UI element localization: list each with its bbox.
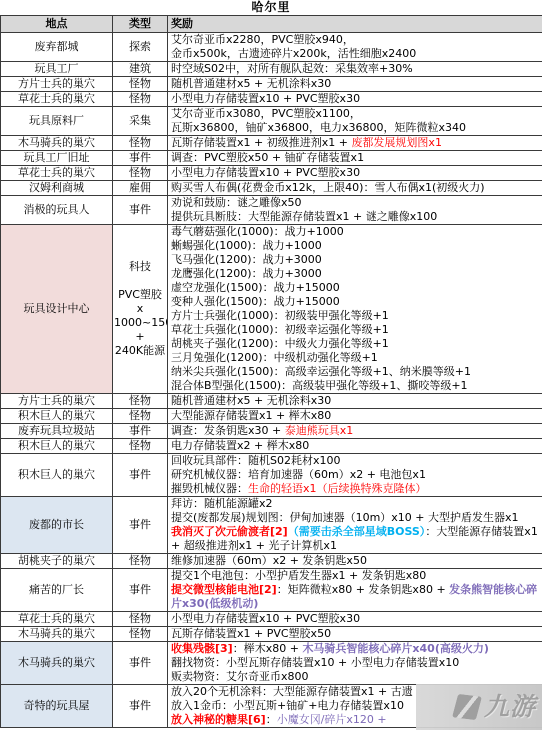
type-cell: 建筑 — [113, 62, 168, 77]
reward-line: 摧毁机械仪器：生命的轻语x1（后续换特殊克隆体） — [171, 482, 539, 496]
reward-cell: 艾尔奇亚币x3080，PVC塑胶x1100，瓦斯x36800，铀矿x36800，… — [168, 107, 542, 136]
reward-line: 瓦斯x36800，铀矿x36800，电力x36800，矩阵微粒x340 — [171, 121, 539, 135]
reward-text: 放入20个无机涂料：大型能源存储装置x1 + 古遗 — [171, 685, 413, 698]
reward-text: 随机普通建材x5 + 无机涂料x30 — [171, 77, 331, 90]
reward-text: 小型电力存储装置x10 + PVC塑胶x30 — [171, 166, 360, 179]
type-cell: 事件 — [113, 642, 168, 685]
reward-text: 收集残骸[3] — [171, 642, 233, 655]
reward-cell: 提交1个电池包：小型护盾发生器x1 + 发条钥匙x80提交微型核能电池[2]：矩… — [168, 569, 542, 612]
reward-line: 随机普通建材x5 + 无机涂料x30 — [171, 394, 539, 408]
table-row: 方片士兵的巢穴怪物随机普通建材x5 + 无机涂料x30 — [1, 77, 542, 92]
reward-cell: 调查：PVC塑胶x50 + 铀矿存储装置x1 — [168, 151, 542, 166]
reward-cell: 小型电力存储装置x10 + PVC塑胶x30 — [168, 612, 542, 627]
table-row: 玩具原料厂采集艾尔奇亚币x3080，PVC塑胶x1100，瓦斯x36800，铀矿… — [1, 107, 542, 136]
reward-text: 提交(废都发展)规划图：伊甸加速器（10m）x10 + 大型护盾发生器x1 — [171, 511, 519, 524]
type-cell: 事件 — [113, 424, 168, 439]
header-row: 地点 类型 奖励 — [1, 16, 542, 33]
reward-line: 我消灭了次元偷渡者[2]（需要击杀全部星域BOSS）：大型能源存储装置x1 + … — [171, 525, 539, 553]
reward-cell: 大型能源存储装置x1 + 榉木x80 — [168, 409, 542, 424]
reward-line: 混合体B型强化(1500)：高级装甲强化等级+1、撕咬等级+1 — [171, 379, 539, 393]
reward-text: 泰迪熊玩具x1 — [285, 424, 354, 437]
reward-text: 放入1金币：小型瓦斯+铀矿+电力存储装置x10 — [171, 699, 404, 712]
location-cell: 木马骑兵的巢穴 — [1, 627, 113, 642]
type-cell: 科技 PVC塑胶x1000~1500+240K能源 — [113, 225, 168, 394]
reward-line: 随机普通建材x5 + 无机涂料x30 — [171, 77, 539, 91]
reward-text: 调查：PVC塑胶x50 + 铀矿存储装置x1 — [171, 151, 364, 164]
reward-line: 纳米尖兵强化(1500)：高级幸运强化等级+1、纳米膜等级+1 — [171, 365, 539, 379]
reward-text: 艾尔奇亚币x3080，PVC塑胶x1100， — [171, 107, 361, 120]
reward-cell: 劝说和鼓励：谜之雕像x50提供玩具断肢：大型能源存储装置x1 + 谜之雕像x10… — [168, 196, 542, 225]
reward-text: 研究机械仪器：培育加速器（60m）x2 + 电池包x1 — [171, 468, 426, 481]
location-cell: 汉姆利商城 — [1, 181, 113, 196]
reward-text: 变种人强化(1500)：战力+15000 — [171, 295, 340, 308]
reward-line: 草花士兵强化(1000)：初级幸运强化等级+1 — [171, 323, 539, 337]
reward-line: 购买雪人布偶(花费金币x12k，上限40)：雪人布偶x1(初级火力) — [171, 181, 539, 195]
reward-line: 小型电力存储装置x10 + PVC塑胶x30 — [171, 92, 539, 106]
reward-text: 蜥蜴强化(1000)：战力+1000 — [171, 239, 322, 252]
type-cell: 怪物 — [113, 77, 168, 92]
location-cell: 痛苦的厂长 — [1, 569, 113, 612]
reward-cell: 电力存储装置x2 + 榉木x80 — [168, 439, 542, 454]
location-cell: 废弃都城 — [1, 33, 113, 62]
table-row: 草花士兵的巢穴怪物小型电力存储装置x10 + PVC塑胶x30 — [1, 612, 542, 627]
table-row: 废都的市长事件拜访：随机能源罐x2提交(废都发展)规划图：伊甸加速器（10m）x… — [1, 497, 542, 554]
table-row: 痛苦的厂长事件提交1个电池包：小型护盾发生器x1 + 发条钥匙x80提交微型核能… — [1, 569, 542, 612]
reward-cell: 拜访：随机能源罐x2提交(废都发展)规划图：伊甸加速器（10m）x10 + 大型… — [168, 497, 542, 554]
reward-cell: 小型电力存储装置x10 + PVC塑胶x30 — [168, 166, 542, 181]
type-cell: 探索 — [113, 33, 168, 62]
location-cell: 积木巨人的巢穴 — [1, 454, 113, 497]
reward-text: 草花士兵强化(1000)：初级幸运强化等级+1 — [171, 323, 389, 336]
type-cell: 怪物 — [113, 409, 168, 424]
reward-text: 混合体B型强化(1500)：高级装甲强化等级+1、撕咬等级+1 — [171, 379, 468, 392]
reward-line: 拜访：随机能源罐x2 — [171, 497, 539, 511]
reward-text: 小魔女冈/碎片x120 + — [277, 713, 387, 726]
reward-line: 小型电力存储装置x10 + PVC塑胶x30 — [171, 166, 539, 180]
reward-text: 艾尔奇亚币x2280，PVC塑胶x940， — [171, 33, 354, 46]
location-cell: 木马骑兵的巢穴 — [1, 642, 113, 685]
reward-text: 拜访：随机能源罐x2 — [171, 497, 273, 510]
type-cell: 怪物 — [113, 627, 168, 642]
location-cell: 草花士兵的巢穴 — [1, 166, 113, 181]
reward-text: 小型电力存储装置x10 + PVC塑胶x30 — [171, 612, 360, 625]
reward-text: 我消灭了次元偷渡者[2] — [171, 525, 288, 538]
type-cell: 怪物 — [113, 92, 168, 107]
table-row: 积木巨人的巢穴怪物大型能源存储装置x1 + 榉木x80 — [1, 409, 542, 424]
reward-text: 购买雪人布偶(花费金币x12k，上限40)：雪人布偶x1(初级火力) — [171, 181, 485, 194]
table-row: 木马骑兵的巢穴事件收集残骸[3]：榉木x80 + 木马骑兵智能核心碎片x40(高… — [1, 642, 542, 685]
reward-line: 收集残骸[3]：榉木x80 + 木马骑兵智能核心碎片x40(高级火力) — [171, 642, 539, 656]
reward-text: 随机普通建材x5 + 无机涂料x30 — [171, 394, 331, 407]
location-cell: 胡桃夹子的巢穴 — [1, 554, 113, 569]
guide-table: 地点 类型 奖励 废弃都城探索艾尔奇亚币x2280，PVC塑胶x940，金币x5… — [0, 15, 542, 728]
table-row: 草花士兵的巢穴怪物小型电力存储装置x10 + PVC塑胶x30 — [1, 92, 542, 107]
reward-text: ：榉木x80 + — [233, 642, 303, 655]
reward-line: 飞马强化(1200)：战力+3000 — [171, 253, 539, 267]
location-cell: 废都的市长 — [1, 497, 113, 554]
reward-line: 电力存储装置x2 + 榉木x80 — [171, 439, 539, 453]
reward-line: 金币x500k，古遗迹碎片x200k，活性细胞x2400 — [171, 47, 539, 61]
location-cell: 积木巨人的巢穴 — [1, 409, 113, 424]
reward-line: 瓦斯存储装置x1 + 初级推进剂x1 + 废都发展规划图x1 — [171, 136, 539, 150]
reward-text: 贩卖物资：艾尔奇亚币x800 — [171, 670, 309, 683]
reward-text: 虚空龙强化(1500)：战力+15000 — [171, 281, 340, 294]
reward-text: 瓦斯存储装置x1 + 初级推进剂x1 + — [171, 136, 351, 149]
location-cell: 玩具设计中心 — [1, 225, 113, 394]
reward-line: 大型能源存储装置x1 + 榉木x80 — [171, 409, 539, 423]
type-cell: 怪物 — [113, 394, 168, 409]
reward-cell: 毒气蘑菇强化(1000)：战力+1000蜥蜴强化(1000)：战力+1000飞马… — [168, 225, 542, 394]
table-row: 胡桃夹子的巢穴怪物维修加速器（60m）x2 + 发条钥匙x50 — [1, 554, 542, 569]
reward-text: 废都发展规划图x1 — [351, 136, 442, 149]
reward-line: 维修加速器（60m）x2 + 发条钥匙x50 — [171, 554, 539, 568]
reward-text: 提交1个电池包：小型护盾发生器x1 + 发条钥匙x80 — [171, 569, 426, 582]
location-cell: 方片士兵的巢穴 — [1, 77, 113, 92]
reward-text: 瓦斯x36800，铀矿x36800，电力x36800，矩阵微粒x340 — [171, 121, 466, 134]
reward-text: 方片士兵强化(1000)：初级装甲强化等级+1 — [171, 309, 389, 322]
table-row: 废弃都城探索艾尔奇亚币x2280，PVC塑胶x940，金币x500k，古遗迹碎片… — [1, 33, 542, 62]
type-cell: 采集 — [113, 107, 168, 136]
reward-cell: 维修加速器（60m）x2 + 发条钥匙x50 — [168, 554, 542, 569]
reward-text: ：矩阵微粒x80 + 发条钥匙x80 + — [277, 583, 449, 596]
reward-cell: 收集残骸[3]：榉木x80 + 木马骑兵智能核心碎片x40(高级火力)翻找物资：… — [168, 642, 542, 685]
table-row: 草花士兵的巢穴怪物小型电力存储装置x10 + PVC塑胶x30 — [1, 166, 542, 181]
type-cell: 事件 — [113, 151, 168, 166]
reward-text: 回收玩具部件：随机S02耗材x100 — [171, 454, 340, 467]
type-cell: 怪物 — [113, 612, 168, 627]
type-cell: 怪物 — [113, 439, 168, 454]
reward-line: 毒气蘑菇强化(1000)：战力+1000 — [171, 225, 539, 239]
watermark-text: 九游 — [484, 684, 536, 730]
table-row: 木马骑兵的巢穴怪物瓦斯存储装置x1 + PVC塑胶x50 — [1, 627, 542, 642]
column-header-location: 地点 — [1, 16, 113, 33]
reward-cell: 随机普通建材x5 + 无机涂料x30 — [168, 77, 542, 92]
reward-line: 小型电力存储装置x10 + PVC塑胶x30 — [171, 612, 539, 626]
table-row: 汉姆利商城雇佣购买雪人布偶(花费金币x12k，上限40)：雪人布偶x1(初级火力… — [1, 181, 542, 196]
reward-text: 放入神秘的糖果[6] — [171, 713, 266, 726]
table-row: 玩具工厂旧址事件调查：PVC塑胶x50 + 铀矿存储装置x1 — [1, 151, 542, 166]
reward-text: 木马骑兵智能核心碎片x40(高级火力) — [302, 642, 488, 655]
reward-text: 生命的轻语x1（后续换特殊克隆体） — [248, 482, 427, 495]
reward-line: 研究机械仪器：培育加速器（60m）x2 + 电池包x1 — [171, 468, 539, 482]
location-cell: 草花士兵的巢穴 — [1, 92, 113, 107]
reward-line: 调查：发条钥匙x30 + 泰迪熊玩具x1 — [171, 424, 539, 438]
reward-text: 摧毁机械仪器： — [171, 482, 248, 495]
location-cell: 废弃玩具垃圾站 — [1, 424, 113, 439]
table-row: 积木巨人的巢穴怪物电力存储装置x2 + 榉木x80 — [1, 439, 542, 454]
reward-line: 虚空龙强化(1500)：战力+15000 — [171, 281, 539, 295]
table-row: 木马骑兵的巢穴怪物瓦斯存储装置x1 + 初级推进剂x1 + 废都发展规划图x1 — [1, 136, 542, 151]
location-cell: 玩具工厂旧址 — [1, 151, 113, 166]
reward-cell: 瓦斯存储装置x1 + 初级推进剂x1 + 废都发展规划图x1 — [168, 136, 542, 151]
reward-line: 提交(废都发展)规划图：伊甸加速器（10m）x10 + 大型护盾发生器x1 — [171, 511, 539, 525]
reward-line: 调查：PVC塑胶x50 + 铀矿存储装置x1 — [171, 151, 539, 165]
column-header-reward: 奖励 — [168, 16, 542, 33]
reward-cell: 时空域S02中，对所有舰队起效：采集效率+30% — [168, 62, 542, 77]
reward-text: （需要击杀全部星域BOSS） — [288, 525, 426, 538]
jiuyou-logo-icon — [452, 694, 482, 720]
table-row: 玩具工厂建筑时空域S02中，对所有舰队起效：采集效率+30% — [1, 62, 542, 77]
reward-text: 小型电力存储装置x10 + PVC塑胶x30 — [171, 92, 360, 105]
reward-text: 时空域S02中，对所有舰队起效：采集效率+30% — [171, 62, 413, 75]
reward-text: 瓦斯存储装置x1 + PVC塑胶x50 — [171, 627, 331, 640]
reward-cell: 随机普通建材x5 + 无机涂料x30 — [168, 394, 542, 409]
reward-text: 纳米尖兵强化(1500)：高级幸运强化等级+1、纳米膜等级+1 — [171, 365, 471, 378]
reward-line: 胡桃夹子强化(1200)：中级火力强化等级+1 — [171, 337, 539, 351]
reward-text: 龙鹰强化(1200)：战力+3000 — [171, 267, 322, 280]
reward-cell: 小型电力存储装置x10 + PVC塑胶x30 — [168, 92, 542, 107]
type-cell: 事件 — [113, 196, 168, 225]
reward-line: 艾尔奇亚币x3080，PVC塑胶x1100， — [171, 107, 539, 121]
reward-text: 大型能源存储装置x1 + 榉木x80 — [171, 409, 331, 422]
type-cell: 事件 — [113, 569, 168, 612]
table-row: 方片士兵的巢穴怪物随机普通建材x5 + 无机涂料x30 — [1, 394, 542, 409]
location-cell: 玩具工厂 — [1, 62, 113, 77]
reward-line: 瓦斯存储装置x1 + PVC塑胶x50 — [171, 627, 539, 641]
reward-text: 提交微型核能电池[2] — [171, 583, 277, 596]
reward-text: ： — [266, 713, 277, 726]
page-title: 哈尔里 — [0, 0, 542, 15]
reward-text: 毒气蘑菇强化(1000)：战力+1000 — [171, 225, 344, 238]
location-cell: 方片士兵的巢穴 — [1, 394, 113, 409]
reward-text: 飞马强化(1200)：战力+3000 — [171, 253, 322, 266]
reward-line: 变种人强化(1500)：战力+15000 — [171, 295, 539, 309]
type-cell: 事件 — [113, 685, 168, 728]
reward-line: 方片士兵强化(1000)：初级装甲强化等级+1 — [171, 309, 539, 323]
type-cell: 事件 — [113, 497, 168, 554]
location-cell: 奇特的玩具屋 — [1, 685, 113, 728]
reward-text: 三月兔强化(1200)：中级机动强化等级+1 — [171, 351, 378, 364]
table-body: 废弃都城探索艾尔奇亚币x2280，PVC塑胶x940，金币x500k，古遗迹碎片… — [1, 33, 542, 728]
type-cell: 怪物 — [113, 554, 168, 569]
reward-text: 维修加速器（60m）x2 + 发条钥匙x50 — [171, 554, 367, 567]
type-cell: 事件 — [113, 454, 168, 497]
reward-cell: 购买雪人布偶(花费金币x12k，上限40)：雪人布偶x1(初级火力) — [168, 181, 542, 196]
table-row: 玩具设计中心科技 PVC塑胶x1000~1500+240K能源毒气蘑菇强化(10… — [1, 225, 542, 394]
reward-line: 蜥蜴强化(1000)：战力+1000 — [171, 239, 539, 253]
watermark: 九游 — [416, 684, 542, 730]
reward-text: 电力存储装置x2 + 榉木x80 — [171, 439, 309, 452]
reward-line: 提交微型核能电池[2]：矩阵微粒x80 + 发条钥匙x80 + 发条熊智能核心碎… — [171, 583, 539, 611]
table-row: 废弃玩具垃圾站事件调查：发条钥匙x30 + 泰迪熊玩具x1 — [1, 424, 542, 439]
type-cell: 雇佣 — [113, 181, 168, 196]
reward-line: 艾尔奇亚币x2280，PVC塑胶x940， — [171, 33, 539, 47]
location-cell: 玩具原料厂 — [1, 107, 113, 136]
location-cell: 木马骑兵的巢穴 — [1, 136, 113, 151]
reward-line: 提供玩具断肢：大型能源存储装置x1 + 谜之雕像x100 — [171, 210, 539, 224]
reward-line: 时空域S02中，对所有舰队起效：采集效率+30% — [171, 62, 539, 76]
reward-cell: 艾尔奇亚币x2280，PVC塑胶x940，金币x500k，古遗迹碎片x200k，… — [168, 33, 542, 62]
reward-line: 龙鹰强化(1200)：战力+3000 — [171, 267, 539, 281]
reward-line: 回收玩具部件：随机S02耗材x100 — [171, 454, 539, 468]
location-cell: 积木巨人的巢穴 — [1, 439, 113, 454]
reward-cell: 瓦斯存储装置x1 + PVC塑胶x50 — [168, 627, 542, 642]
reward-line: 三月兔强化(1200)：中级机动强化等级+1 — [171, 351, 539, 365]
reward-text: 金币x500k，古遗迹碎片x200k，活性细胞x2400 — [171, 47, 416, 60]
reward-line: 翻找物资：小型瓦斯存储装置x10 + 小型电力存储装置x10 — [171, 656, 539, 670]
reward-text: 提供玩具断肢：大型能源存储装置x1 + 谜之雕像x100 — [171, 210, 437, 223]
reward-line: 劝说和鼓励：谜之雕像x50 — [171, 196, 539, 210]
reward-line: 提交1个电池包：小型护盾发生器x1 + 发条钥匙x80 — [171, 569, 539, 583]
reward-text: 劝说和鼓励：谜之雕像x50 — [171, 196, 302, 209]
reward-cell: 回收玩具部件：随机S02耗材x100研究机械仪器：培育加速器（60m）x2 + … — [168, 454, 542, 497]
reward-cell: 调查：发条钥匙x30 + 泰迪熊玩具x1 — [168, 424, 542, 439]
table-row: 积木巨人的巢穴事件回收玩具部件：随机S02耗材x100研究机械仪器：培育加速器（… — [1, 454, 542, 497]
column-header-type: 类型 — [113, 16, 168, 33]
reward-text: 胡桃夹子强化(1200)：中级火力强化等级+1 — [171, 337, 389, 350]
table-row: 消极的玩具人事件劝说和鼓励：谜之雕像x50提供玩具断肢：大型能源存储装置x1 +… — [1, 196, 542, 225]
type-cell: 怪物 — [113, 166, 168, 181]
type-cell: 怪物 — [113, 136, 168, 151]
location-cell: 消极的玩具人 — [1, 196, 113, 225]
reward-text: 调查：发条钥匙x30 + — [171, 424, 285, 437]
location-cell: 草花士兵的巢穴 — [1, 612, 113, 627]
reward-line: 贩卖物资：艾尔奇亚币x800 — [171, 670, 539, 684]
reward-text: 翻找物资：小型瓦斯存储装置x10 + 小型电力存储装置x10 — [171, 656, 459, 669]
